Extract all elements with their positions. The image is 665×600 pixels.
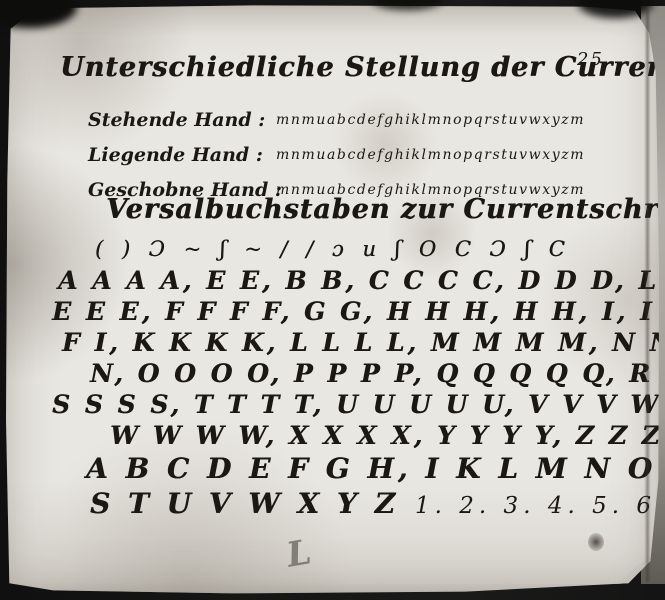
manuscript-page: 25. Unterschiedliche Stellung der Curren…: [0, 0, 665, 600]
section-title: Versalbuchstaben zur Currentschrifft.: [106, 194, 665, 225]
ornate-capitals-row: A B C D E F G H, I K L M N O P Q R: [86, 451, 635, 486]
ornate-capitals: S T U V W X Y Z: [90, 486, 399, 521]
numerals-row: 1. 2. 3. 4. 5. 6. 7. 8. 9. 0.: [415, 489, 665, 524]
hand-style-samples: Stehende Hand : mnmuabcdefghiklmnopqrstu…: [88, 102, 628, 207]
capital-letters-row: E E E, F F F F, G G, H H H, H H, I, I I: [52, 296, 635, 327]
capital-letter-specimens: ( ) Ɔ ~ ʃ ~ / / ɔ u ʃ O C Ɔ ʃ C A A A A,…: [50, 234, 635, 521]
capital-letters-row: N, O O O O, P P P P, Q Q Q Q Q, R R R R: [90, 358, 635, 389]
capital-letters-row: W W W W, X X X X, Y Y Y Y, Z Z Z Z.: [110, 420, 635, 451]
page-title: Unterschiedliche Stellung der Currentsch…: [60, 52, 585, 83]
page-crease: [646, 10, 649, 582]
capital-letters-row: F I, K K K K, L L L L, M M M M, N N N: [62, 327, 635, 358]
capital-letters-row: A A A A, E E, B B, C C C C, D D D, L: [58, 265, 635, 296]
capital-letters-row: S S S S, T T T T, U U U U U, V V V W: [52, 389, 635, 420]
hand-sample-row: Liegende Hand : mnmuabcdefghiklmnopqrstu…: [88, 137, 628, 172]
hand-sample-row: Stehende Hand : mnmuabcdefghiklmnopqrstu…: [88, 102, 628, 137]
alphabet-sample: mnmuabcdefghiklmnopqrstuvwxyzm: [276, 112, 585, 128]
scanned-book-page: 25. Unterschiedliche Stellung der Curren…: [0, 0, 665, 600]
alphabet-sample: mnmuabcdefghiklmnopqrstuvwxyzm: [276, 147, 585, 163]
pencil-mark: L: [284, 532, 314, 576]
hand-style-label: Stehende Hand :: [88, 109, 276, 131]
hand-style-label: Liegende Hand :: [88, 144, 276, 166]
flourish-practice-row: ( ) Ɔ ~ ʃ ~ / / ɔ u ʃ O C Ɔ ʃ C: [95, 234, 635, 265]
ornate-capitals-row: S T U V W X Y Z 1. 2. 3. 4. 5. 6. 7. 8. …: [90, 486, 635, 521]
ink-stain: [588, 533, 604, 551]
